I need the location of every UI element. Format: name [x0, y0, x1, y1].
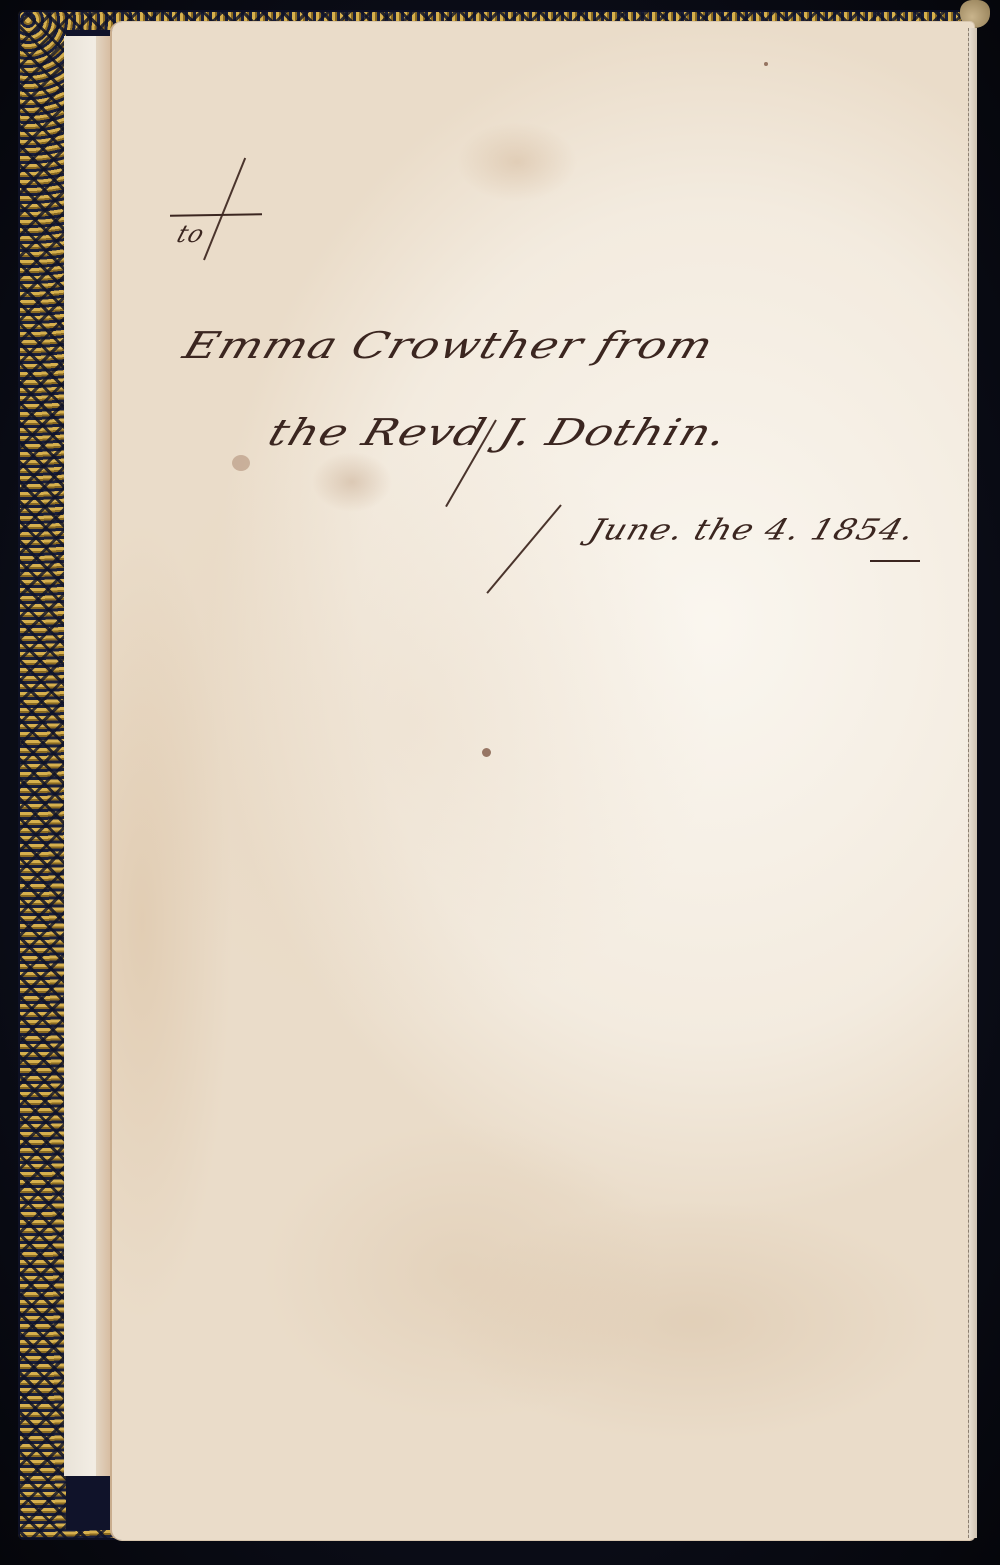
endpaper-page: [112, 22, 974, 1540]
inscription-line-date: June. the 4. 1854.: [584, 513, 919, 547]
foxing-spot: [482, 748, 491, 757]
year-underline: [870, 560, 920, 562]
inscription-line-giver: the Revd J. Dothin.: [263, 410, 734, 453]
inscription-line-recipient: Emma Crowther from: [178, 323, 719, 366]
foxing-spot: [764, 62, 768, 66]
foxing-spot: [232, 455, 250, 471]
page-fore-edge: [968, 28, 977, 1538]
